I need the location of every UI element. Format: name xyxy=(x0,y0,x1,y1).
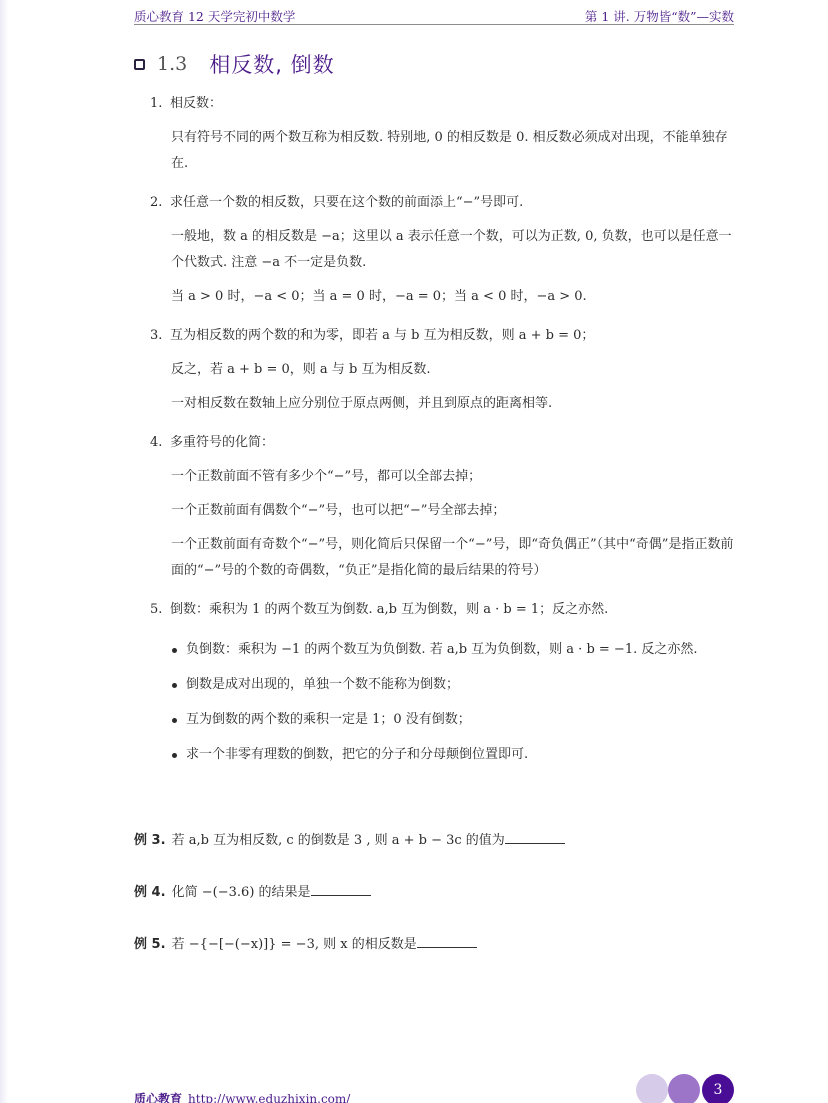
item-index: 3. xyxy=(150,323,170,349)
header-chapter-title: 第 1 讲. 万物皆“数”—实数 xyxy=(585,7,734,25)
item-paragraph: 只有符号不同的两个数互称为相反数. 特别地, 0 的相反数是 0. 相反数必须成… xyxy=(171,125,740,177)
list-item-2: 2.求任意一个数的相反数，只要在这个数的前面添上“−”号即可. xyxy=(150,190,740,216)
section-heading: 1.3 相反数, 倒数 xyxy=(134,49,335,79)
bullet-item: 求一个非零有理数的倒数，把它的分子和分母颠倒位置即可. xyxy=(186,742,740,768)
item-heading: 相反数： xyxy=(170,96,222,111)
page-edge-shadow xyxy=(0,0,8,1103)
running-header: 质心教育 12 天学完初中数学 第 1 讲. 万物皆“数”—实数 xyxy=(134,6,734,25)
page-number-badge: 3 xyxy=(634,1074,744,1103)
example-label: 例 5. xyxy=(134,937,166,952)
answer-blank[interactable] xyxy=(311,879,371,896)
example-3: 例 3. 若 a,b 互为相反数, c 的倒数是 3 , 则 a + b − 3… xyxy=(134,827,734,853)
example-label: 例 4. xyxy=(134,885,166,900)
footer-brand: 质心教育 xyxy=(134,1092,182,1103)
bullet-item: 倒数是成对出现的，单独一个数不能称为倒数； xyxy=(186,672,740,698)
answer-blank[interactable] xyxy=(505,827,565,844)
list-item-5: 5.倒数：乘积为 1 的两个数互为倒数. a,b 互为倒数，则 a · b = … xyxy=(150,597,740,623)
item-heading: 倒数：乘积为 1 的两个数互为倒数. a,b 互为倒数，则 a · b = 1；… xyxy=(170,602,608,617)
item-paragraph: 一对相反数在数轴上应分别位于原点两侧，并且到原点的距离相等. xyxy=(171,391,740,417)
item-heading: 多重符号的化简： xyxy=(170,435,274,450)
section-title: 相反数, 倒数 xyxy=(209,49,334,79)
header-book-title: 质心教育 12 天学完初中数学 xyxy=(134,7,295,25)
example-label: 例 3. xyxy=(134,833,166,848)
item-index: 2. xyxy=(150,190,170,216)
item-paragraph: 一个正数前面不管有多少个“−”号，都可以全部去掉； xyxy=(171,464,740,490)
item-index: 5. xyxy=(150,597,170,623)
item-paragraph: 当 a > 0 时，−a < 0；当 a = 0 时，−a = 0；当 a < … xyxy=(171,284,740,310)
item-index: 4. xyxy=(150,430,170,456)
page-number: 3 xyxy=(702,1074,734,1103)
examples-section: 例 3. 若 a,b 互为相反数, c 的倒数是 3 , 则 a + b − 3… xyxy=(134,827,734,983)
example-text: 化简 −(−3.6) 的结果是 xyxy=(172,885,311,900)
bullet-dot-icon xyxy=(172,683,177,688)
bullet-dot-icon xyxy=(172,753,177,758)
section-number: 1.3 xyxy=(157,53,187,75)
list-item-4: 4.多重符号的化简： xyxy=(150,430,740,456)
answer-blank[interactable] xyxy=(417,931,477,948)
checkbox-square-icon xyxy=(134,59,145,70)
bullet-item: 负倒数：乘积为 −1 的两个数互为负倒数. 若 a,b 互为负倒数，则 a · … xyxy=(186,637,740,663)
list-item-1: 1.相反数： xyxy=(150,91,740,117)
list-item-3: 3.互为相反数的两个数的和为零，即若 a 与 b 互为相反数，则 a + b =… xyxy=(150,323,740,349)
bullet-dot-icon xyxy=(172,648,177,653)
item-paragraph: 一个正数前面有奇数个“−”号，则化简后只保留一个“−”号，即“奇负偶正”（其中“… xyxy=(171,532,740,584)
example-text: 若 a,b 互为相反数, c 的倒数是 3 , 则 a + b − 3c 的值为 xyxy=(172,833,505,848)
section-body: 1.相反数： 只有符号不同的两个数互称为相反数. 特别地, 0 的相反数是 0.… xyxy=(150,91,740,777)
bullet-dot-icon xyxy=(172,718,177,723)
bullet-list: 负倒数：乘积为 −1 的两个数互为负倒数. 若 a,b 互为负倒数，则 a · … xyxy=(186,637,740,768)
item-heading: 互为相反数的两个数的和为零，即若 a 与 b 互为相反数，则 a + b = 0… xyxy=(170,328,594,343)
example-5: 例 5. 若 −{−[−(−x)]} = −3, 则 x 的相反数是 xyxy=(134,931,734,957)
pager-circle-mid-icon xyxy=(668,1074,700,1103)
item-paragraph: 一般地，数 a 的相反数是 −a；这里以 a 表示任意一个数，可以为正数, 0,… xyxy=(171,224,740,276)
item-index: 1. xyxy=(150,91,170,117)
item-heading: 求任意一个数的相反数，只要在这个数的前面添上“−”号即可. xyxy=(170,195,523,210)
pager-circle-light-icon xyxy=(636,1074,668,1103)
item-paragraph: 反之，若 a + b = 0，则 a 与 b 互为相反数. xyxy=(171,357,740,383)
footer-url[interactable]: http://www.eduzhixin.com/ xyxy=(188,1092,350,1103)
example-text: 若 −{−[−(−x)]} = −3, 则 x 的相反数是 xyxy=(172,937,417,952)
bullet-item: 互为倒数的两个数的乘积一定是 1；0 没有倒数； xyxy=(186,707,740,733)
example-4: 例 4. 化简 −(−3.6) 的结果是 xyxy=(134,879,734,905)
page-footer: 质心教育http://www.eduzhixin.com/ xyxy=(134,1090,350,1103)
item-paragraph: 一个正数前面有偶数个“−”号，也可以把“−”号全部去掉； xyxy=(171,498,740,524)
